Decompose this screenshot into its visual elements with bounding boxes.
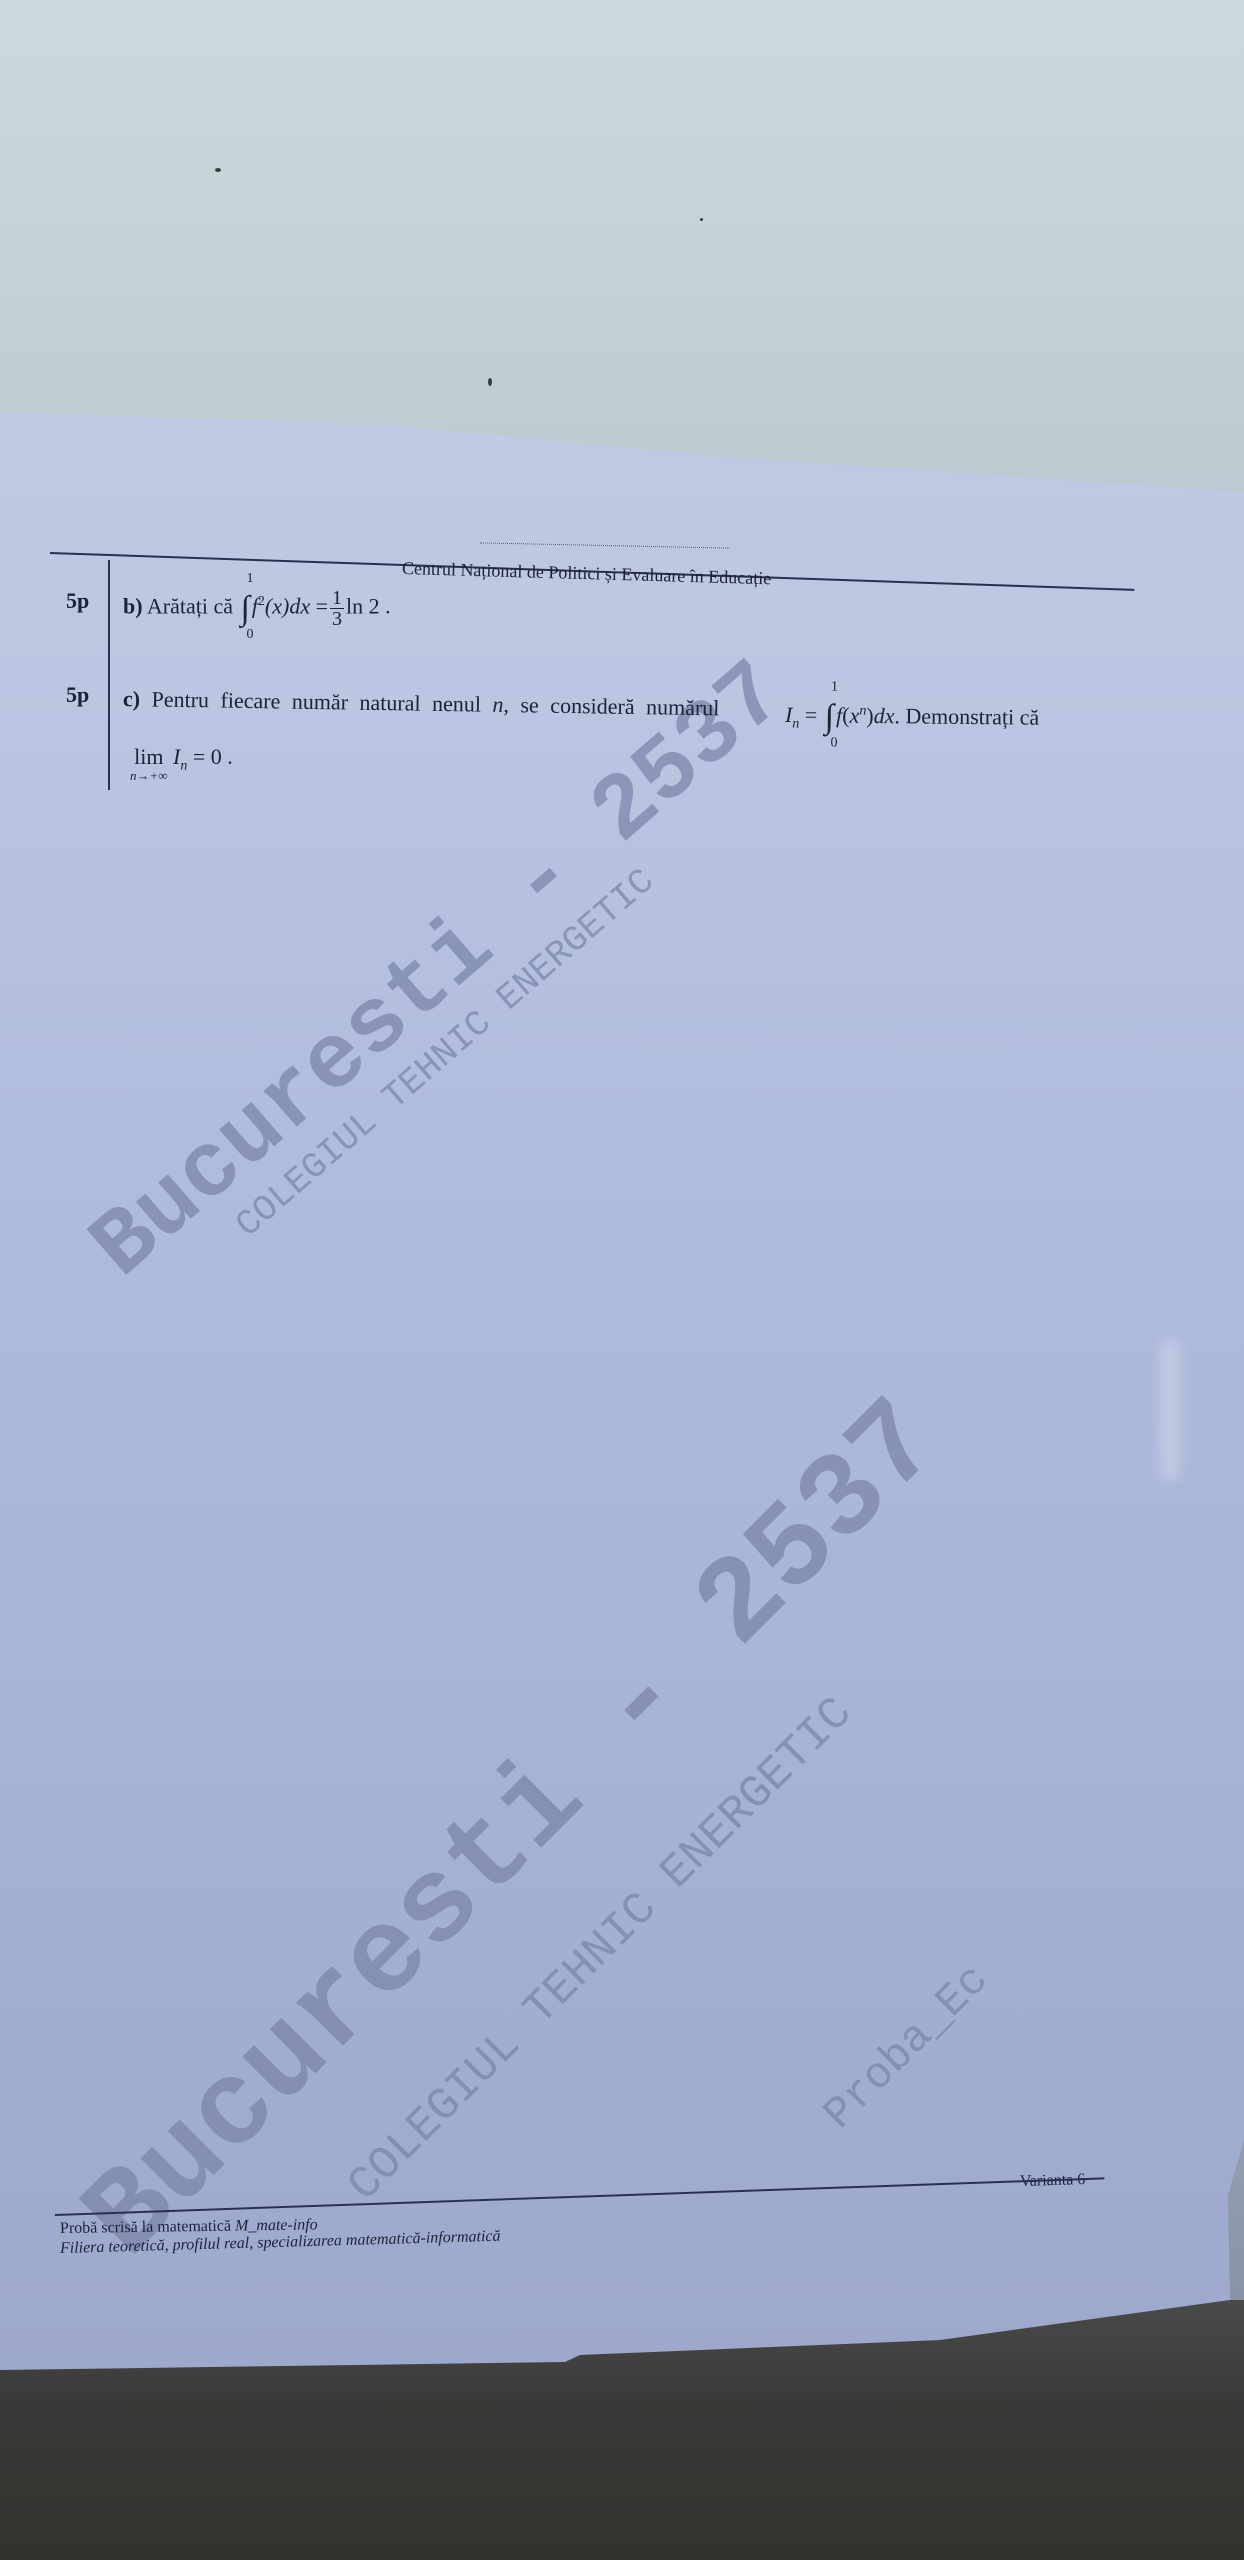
points-column-divider [108,560,110,790]
equals-sign: = [805,702,818,727]
integral-sign: ∫10 [825,700,835,734]
differential: dx [874,703,895,728]
fraction-numerator: 1 [330,588,344,609]
paper-crease [1160,1340,1180,1480]
differential: dx [289,594,310,619]
integral-sign: ∫10 [240,592,249,626]
item-c-formula: In = ∫10f(xn)dx. Demonstrați că [785,700,1040,737]
wall-speck [215,168,221,172]
limit-value: = 0 . [193,744,233,769]
watermark-city-code: Bucuresti - 2537 [71,641,807,1300]
item-c-points: 5p [66,682,89,708]
fraction-denominator: 3 [330,609,344,629]
watermark-city-code-large: Bucuresti - 2537 [59,1375,970,2286]
footer-exam-code: M_mate-info [235,2216,318,2234]
item-b-points: 5p [66,588,89,614]
item-c-text-after: . Demonstrați că [894,703,1039,730]
wall-speck [488,378,492,386]
item-c-text-mid: , se consideră numărul [503,692,719,720]
limit: limn→+∞ [130,744,168,784]
integral-lower-limit: 0 [830,736,837,750]
integral-lower-limit: 0 [246,628,253,642]
watermark-proba: Proba_Ec [815,1955,1000,2140]
item-c-line1: c) Pentru fiecare număr natural nenul n,… [123,686,720,721]
item-b-text: Arătați că [147,594,233,619]
footer-exam-name: Probă scrisă la matematică [60,2218,231,2237]
exponent: 2 [258,594,265,609]
header-dotted-line [480,542,730,548]
limit-subscript: n→+∞ [130,768,168,784]
limit-expression-subscript: n [180,758,187,773]
integrand-argument: (x) [265,594,289,619]
item-b-tail: ln 2 . [346,594,391,619]
item-c-text: Pentru fiecare număr natural nenul [151,686,481,716]
integral-upper-limit: 1 [246,572,253,586]
integral-upper-limit: 1 [831,680,838,694]
item-c-line2: limn→+∞ In = 0 . [130,744,233,784]
wall-speck [700,218,703,221]
limit-operator: lim [134,744,163,769]
equals-sign: = [316,594,328,619]
argument-x: x [849,703,859,728]
fraction: 13 [330,588,344,629]
item-b: b) Arătați că ∫10f2(x)dx =13ln 2 . [123,588,391,629]
sequence-subscript: n [792,717,799,732]
variable-n: n [492,692,503,717]
item-b-label: b) [123,594,143,619]
item-c-label: c) [123,686,140,711]
header-institution: Centrul Național de Politici și Evaluare… [402,558,772,589]
